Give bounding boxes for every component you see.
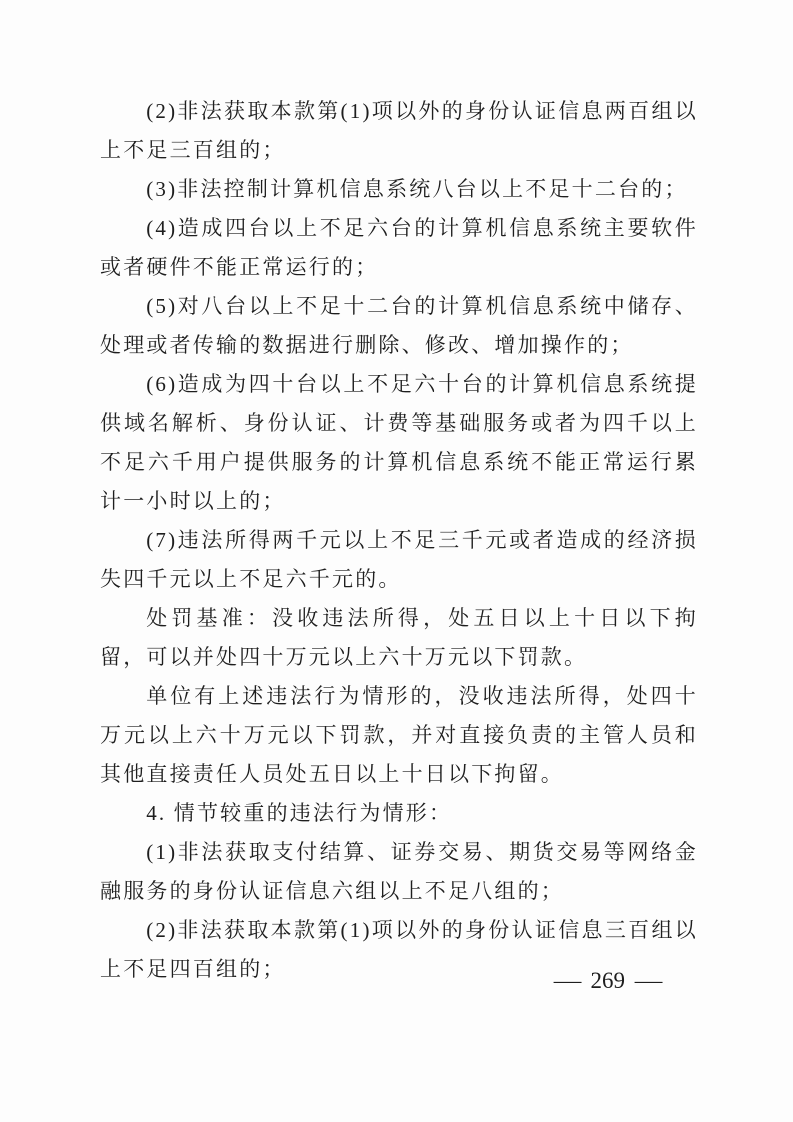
paragraph-item-4-heading: 4. 情节较重的违法行为情形： bbox=[100, 794, 698, 833]
paragraph-clause-1b: (1)非法获取支付结算、证券交易、期货交易等网络金融服务的身份认证信息六组以上不… bbox=[100, 833, 698, 911]
document-page: (2)非法获取本款第(1)项以外的身份认证信息两百组以上不足三百组的； (3)非… bbox=[0, 0, 793, 1122]
paragraph-unit-violation: 单位有上述违法行为情形的，没收违法所得，处四十万元以上六十万元以下罚款，并对直接… bbox=[100, 677, 698, 794]
paragraph-clause-4: (4)造成四台以上不足六台的计算机信息系统主要软件或者硬件不能正常运行的； bbox=[100, 209, 698, 287]
paragraph-penalty-standard: 处罚基准：没收违法所得，处五日以上十日以下拘留，可以并处四十万元以上六十万元以下… bbox=[100, 599, 698, 677]
page-number: 269 bbox=[591, 968, 626, 994]
page-number-block: —269— bbox=[556, 968, 661, 994]
page-footer: —269— bbox=[100, 968, 698, 994]
paragraph-clause-2: (2)非法获取本款第(1)项以外的身份认证信息两百组以上不足三百组的； bbox=[100, 92, 698, 170]
paragraph-clause-5: (5)对八台以上不足十二台的计算机信息系统中储存、处理或者传输的数据进行删除、修… bbox=[100, 287, 698, 365]
paragraph-clause-7: (7)违法所得两千元以上不足三千元或者造成的经济损失四千元以上不足六千元的。 bbox=[100, 521, 698, 599]
paragraph-clause-6: (6)造成为四十台以上不足六十台的计算机信息系统提供域名解析、身份认证、计费等基… bbox=[100, 365, 698, 521]
document-body: (2)非法获取本款第(1)项以外的身份认证信息两百组以上不足三百组的； (3)非… bbox=[100, 92, 698, 989]
page-number-right-dash: — bbox=[635, 968, 663, 994]
paragraph-clause-3: (3)非法控制计算机信息系统八台以上不足十二台的； bbox=[100, 170, 698, 209]
page-number-left-dash: — bbox=[553, 968, 581, 994]
